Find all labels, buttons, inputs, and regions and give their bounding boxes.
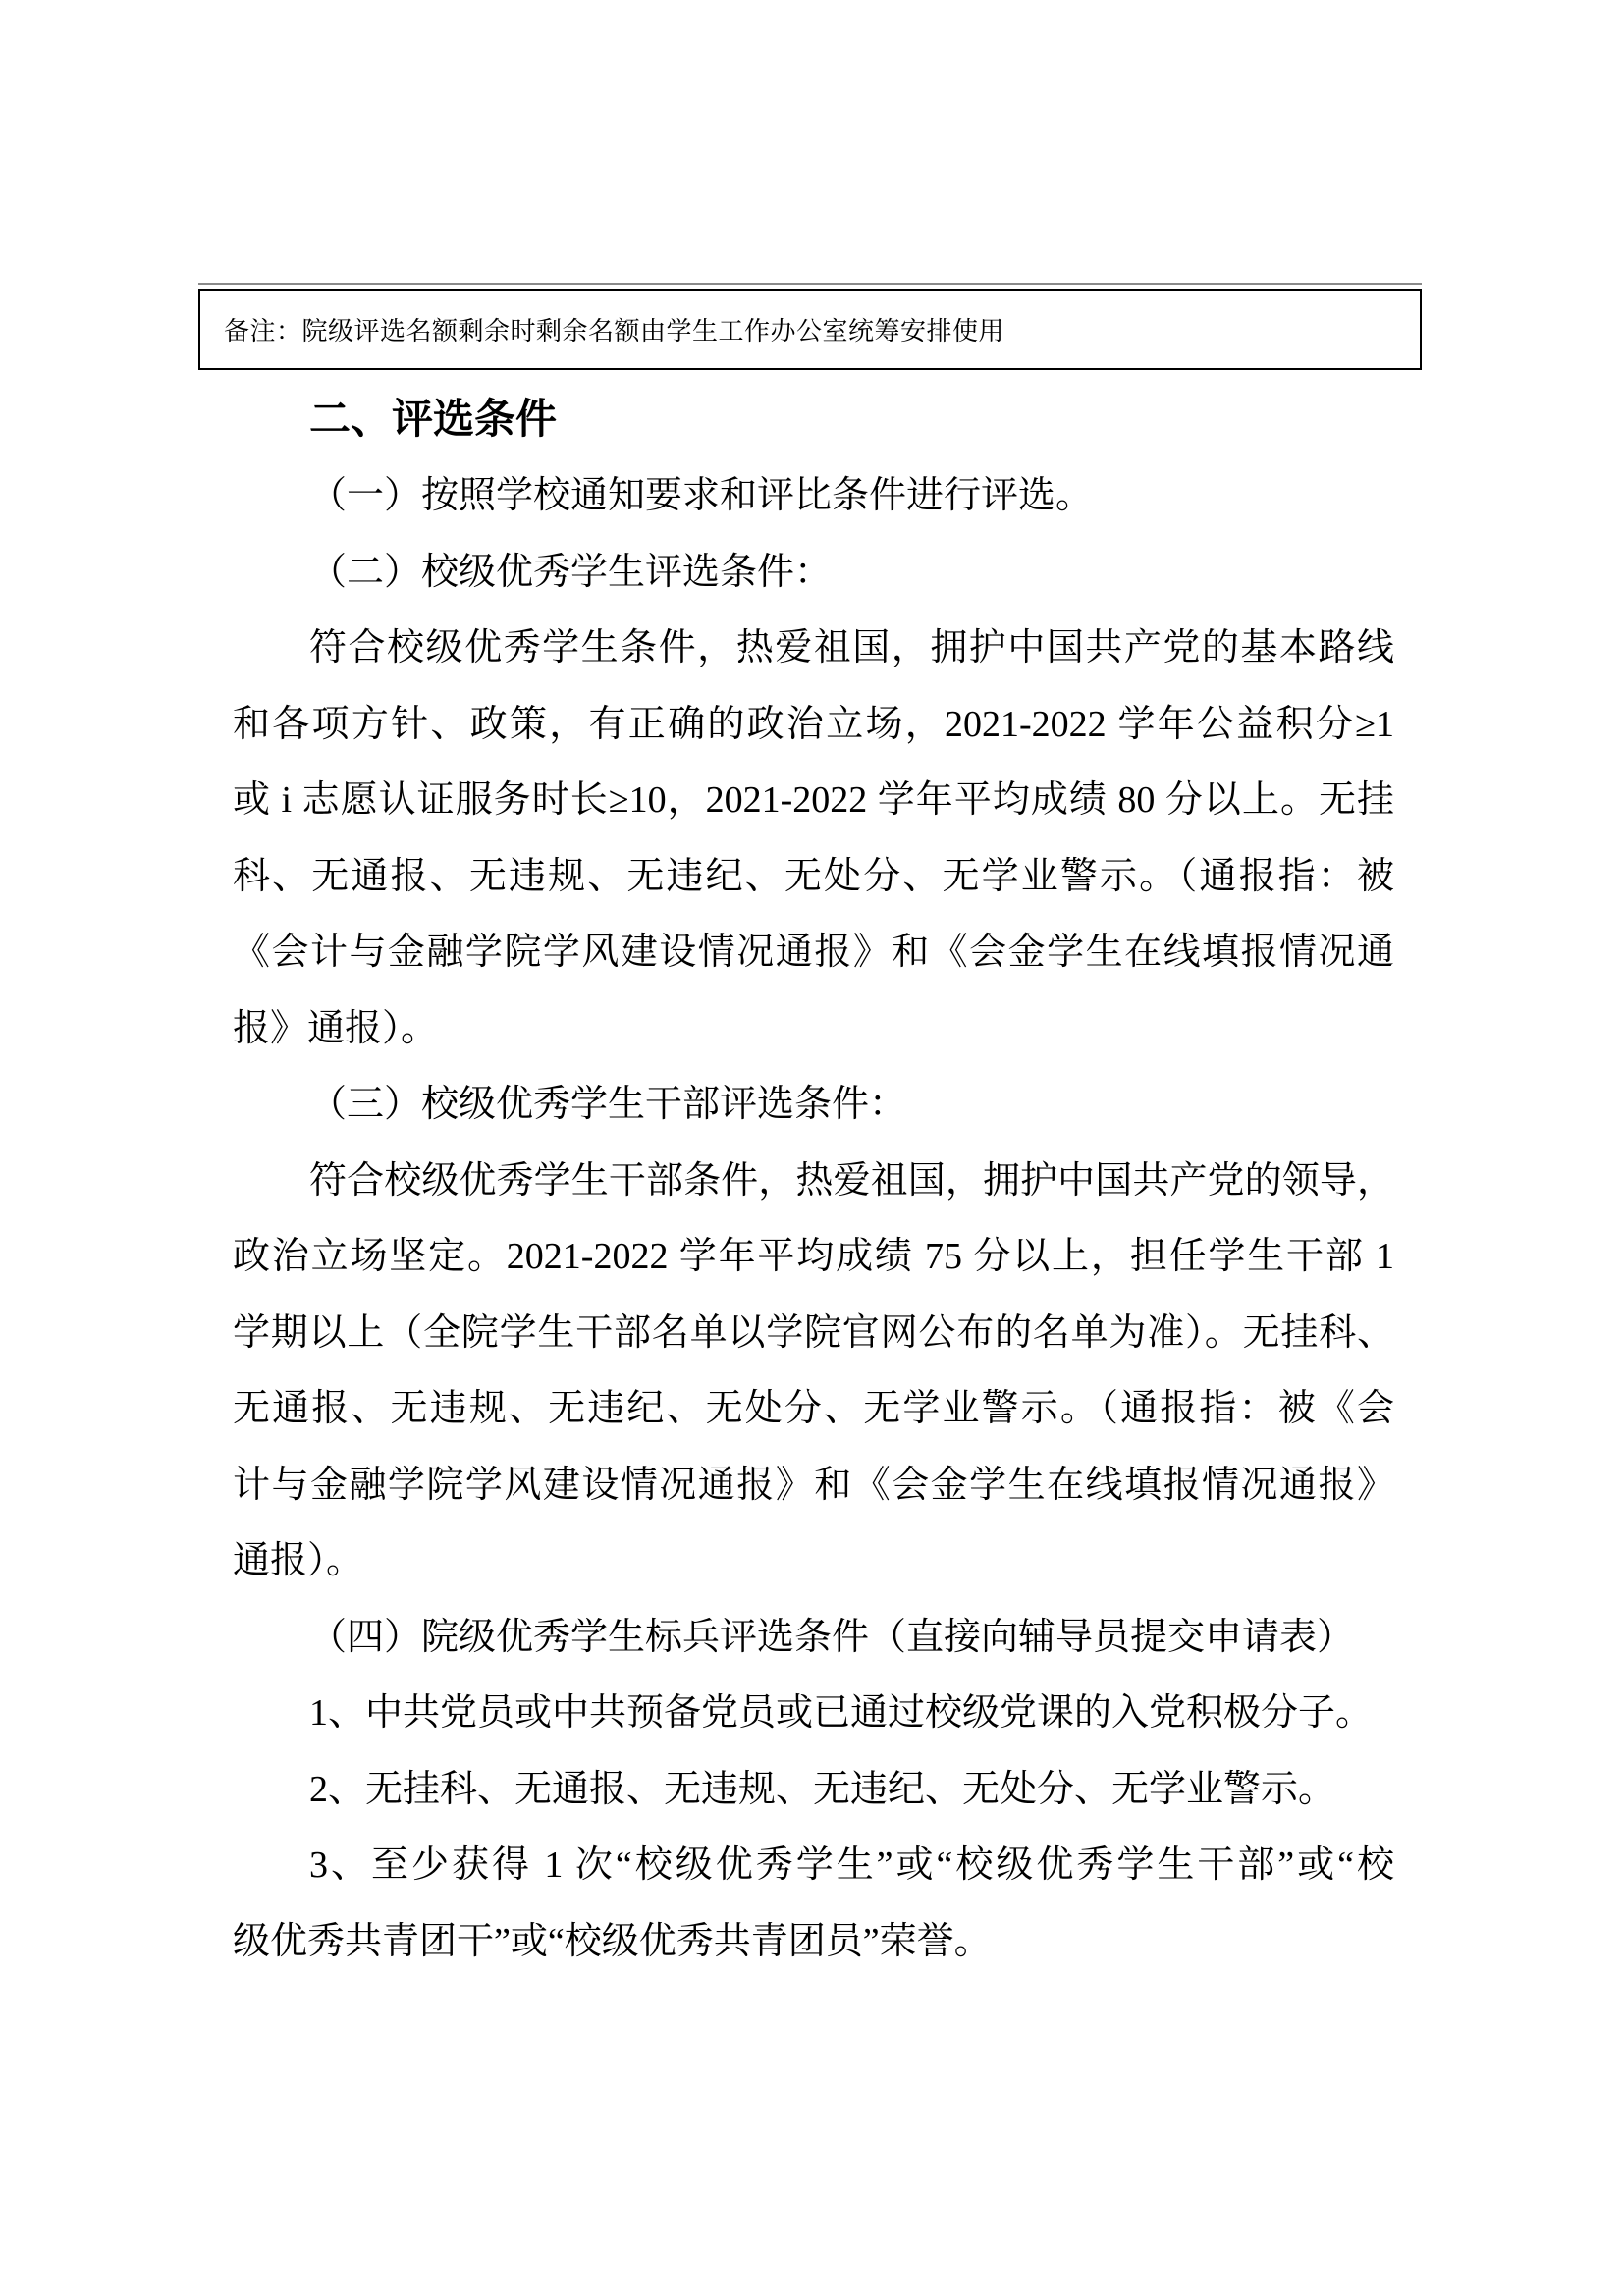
text-line: 符合校级优秀学生条件，热爱祖国，拥护中国共产党的基本路线 xyxy=(233,611,1394,687)
text-line: （三）校级优秀学生干部评选条件： xyxy=(233,1067,1394,1144)
text-line: 学期以上（全院学生干部名单以学院官网公布的名单为准）。无挂科、 xyxy=(233,1296,1394,1372)
text-line: 无通报、无违规、无违纪、无处分、无学业警示。（通报指：被《会 xyxy=(233,1371,1394,1448)
text-line: 科、无通报、无违规、无违纪、无处分、无学业警示。（通报指：被 xyxy=(233,839,1394,916)
text-line: 《会计与金融学院学风建设情况通报》和《会金学生在线填报情况通 xyxy=(233,915,1394,991)
body-paragraphs: （一）按照学校通知要求和评比条件进行评选。 （二）校级优秀学生评选条件： 符合校… xyxy=(233,458,1394,1980)
note-text: 备注：院级评选名额剩余时剩余名额由学生工作办公室统筹安排使用 xyxy=(200,311,1004,347)
text-line: 1、中共党员或中共预备党员或已通过校级党课的入党积极分子。 xyxy=(233,1676,1394,1752)
table-top-rule xyxy=(198,283,1422,285)
text-line: 符合校级优秀学生干部条件，热爱祖国，拥护中国共产党的领导， xyxy=(233,1144,1394,1220)
text-line: （二）校级优秀学生评选条件： xyxy=(233,535,1394,612)
text-line: （四）院级优秀学生标兵评选条件（直接向辅导员提交申请表） xyxy=(233,1600,1394,1677)
text-line: 3、至少获得 1 次“校级优秀学生”或“校级优秀学生干部”或“校 xyxy=(233,1828,1394,1904)
note-box: 备注：院级评选名额剩余时剩余名额由学生工作办公室统筹安排使用 xyxy=(198,289,1422,370)
text-line: 和各项方针、政策，有正确的政治立场，2021-2022 学年公益积分≥1 xyxy=(233,687,1394,764)
text-line: 报》通报）。 xyxy=(233,991,1394,1068)
text-line: （一）按照学校通知要求和评比条件进行评选。 xyxy=(233,458,1394,535)
text-line: 或 i 志愿认证服务时长≥10，2021-2022 学年平均成绩 80 分以上。… xyxy=(233,763,1394,839)
text-line: 政治立场坚定。2021-2022 学年平均成绩 75 分以上，担任学生干部 1 xyxy=(233,1219,1394,1296)
text-line: 2、无挂科、无通报、无违规、无违纪、无处分、无学业警示。 xyxy=(233,1752,1394,1829)
text-line: 计与金融学院学风建设情况通报》和《会金学生在线填报情况通报》 xyxy=(233,1448,1394,1524)
text-line: 级优秀共青团干”或“校级优秀共青团员”荣誉。 xyxy=(233,1904,1394,1981)
text-line: 通报）。 xyxy=(233,1523,1394,1600)
section-heading: 二、评选条件 xyxy=(233,389,1394,450)
document-page: 备注：院级评选名额剩余时剩余名额由学生工作办公室统筹安排使用 二、评选条件 （一… xyxy=(0,0,1623,2296)
